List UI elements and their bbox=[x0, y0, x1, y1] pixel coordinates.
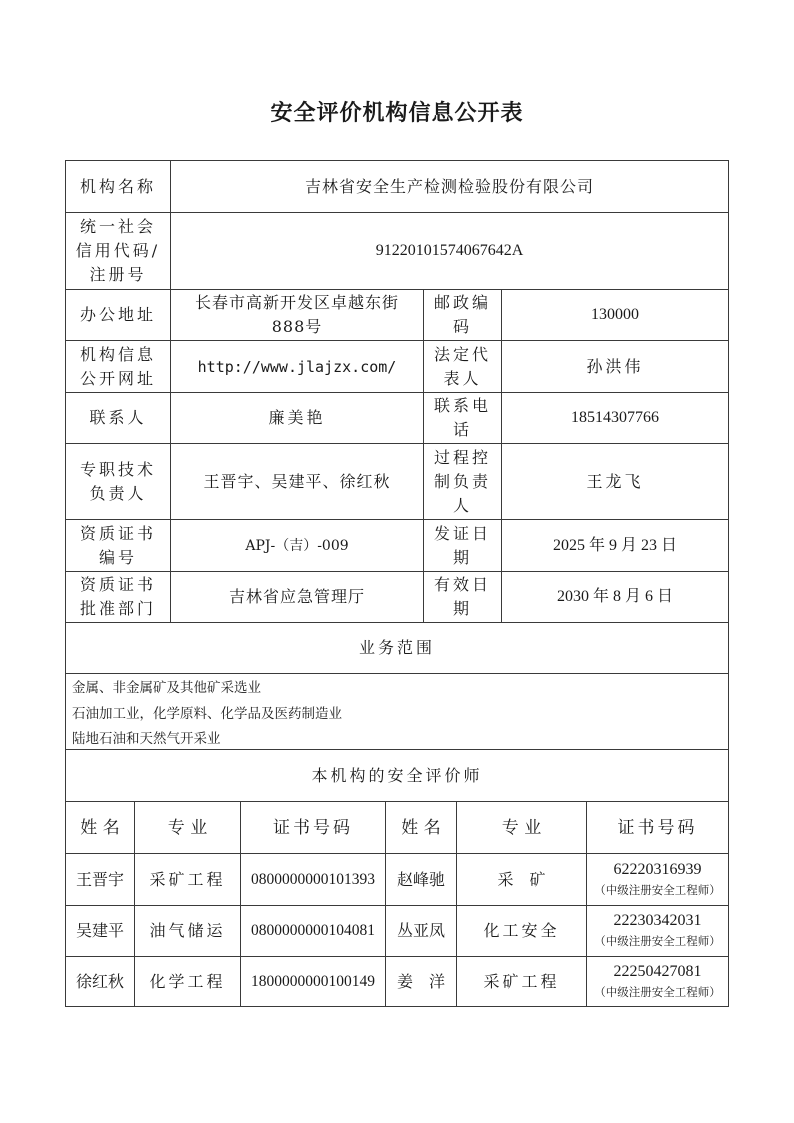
cert-note: （中级注册安全工程师） bbox=[594, 982, 721, 1002]
col-header-cert-2: 证书号码 bbox=[586, 801, 729, 854]
scope-heading: 业务范围 bbox=[65, 622, 729, 674]
assessor-cert: 22230342031 （中级注册安全工程师） bbox=[586, 905, 729, 957]
tech-lead-value: 王晋宇、吴建平、徐红秋 bbox=[170, 443, 424, 520]
assessor-cert: 62220316939 （中级注册安全工程师） bbox=[586, 853, 729, 906]
credit-code-value: 91220101574067642A bbox=[170, 212, 729, 290]
approval-dept-label: 资质证书批准部门 bbox=[65, 571, 171, 623]
tech-lead-label: 专职技术负责人 bbox=[65, 443, 171, 520]
assessor-name: 赵峰驰 bbox=[385, 853, 457, 906]
assessor-name: 姜 洋 bbox=[385, 956, 457, 1007]
address-value: 长春市高新开发区卓越东街888号 bbox=[170, 289, 424, 341]
cert-note: （中级注册安全工程师） bbox=[594, 931, 721, 951]
assessor-major: 采矿工程 bbox=[456, 956, 587, 1007]
assessor-name: 吴建平 bbox=[65, 905, 135, 957]
assessor-major: 油气储运 bbox=[134, 905, 241, 957]
contact-value: 廉美艳 bbox=[170, 392, 424, 444]
assessor-major: 化学工程 bbox=[134, 956, 241, 1007]
cert-note: （中级注册安全工程师） bbox=[594, 880, 721, 900]
assessor-major: 化工安全 bbox=[456, 905, 587, 957]
assessor-cert: 0800000000101393 bbox=[240, 853, 386, 906]
issue-date-label: 发证日期 bbox=[423, 519, 502, 572]
issue-date-value: 2025 年 9 月 23 日 bbox=[501, 519, 729, 572]
valid-date-label: 有效日期 bbox=[423, 571, 502, 623]
cert-number: 62220316939 bbox=[614, 860, 702, 880]
col-header-major-1: 专 业 bbox=[134, 801, 241, 854]
postcode-label: 邮政编码 bbox=[423, 289, 502, 341]
col-header-name-2: 姓 名 bbox=[385, 801, 457, 854]
assessor-name: 王晋宇 bbox=[65, 853, 135, 906]
org-name-value: 吉林省安全生产检测检验股份有限公司 bbox=[170, 160, 729, 213]
scope-list: 金属、非金属矿及其他矿采选业 石油加工业，化学原料、化学品及医药制造业 陆地石油… bbox=[65, 673, 729, 750]
approval-dept-value: 吉林省应急管理厅 bbox=[170, 571, 424, 623]
col-header-cert-1: 证书号码 bbox=[240, 801, 386, 854]
process-lead-label: 过程控制负责人 bbox=[423, 443, 502, 520]
website-label: 机构信息公开网址 bbox=[65, 340, 171, 393]
assessor-name: 徐红秋 bbox=[65, 956, 135, 1007]
page-title: 安全评价机构信息公开表 bbox=[0, 96, 794, 127]
assessor-cert: 22250427081 （中级注册安全工程师） bbox=[586, 956, 729, 1007]
assessor-cert: 0800000000104081 bbox=[240, 905, 386, 957]
process-lead-value: 王龙飞 bbox=[501, 443, 729, 520]
legal-rep-value: 孙洪伟 bbox=[501, 340, 729, 393]
cert-no-value: APJ-（吉）-009 bbox=[170, 519, 424, 572]
cert-number: 22250427081 bbox=[614, 962, 702, 982]
org-name-label: 机构名称 bbox=[65, 160, 171, 213]
address-label: 办公地址 bbox=[65, 289, 171, 341]
scope-item: 金属、非金属矿及其他矿采选业 bbox=[72, 676, 728, 702]
postcode-value: 130000 bbox=[501, 289, 729, 341]
assessor-cert: 1800000000100149 bbox=[240, 956, 386, 1007]
assessors-heading: 本机构的安全评价师 bbox=[65, 749, 729, 802]
credit-code-label: 统一社会信用代码/注册号 bbox=[65, 212, 171, 290]
cert-number: 22230342031 bbox=[614, 911, 702, 931]
phone-label: 联系电话 bbox=[423, 392, 502, 444]
cert-no-label: 资质证书编号 bbox=[65, 519, 171, 572]
valid-date-value: 2030 年 8 月 6 日 bbox=[501, 571, 729, 623]
assessor-major: 采 矿 bbox=[456, 853, 587, 906]
assessor-major: 采矿工程 bbox=[134, 853, 241, 906]
legal-rep-label: 法定代表人 bbox=[423, 340, 502, 393]
col-header-major-2: 专 业 bbox=[456, 801, 587, 854]
contact-label: 联系人 bbox=[65, 392, 171, 444]
assessor-name: 丛亚凤 bbox=[385, 905, 457, 957]
scope-item: 石油加工业，化学原料、化学品及医药制造业 bbox=[72, 702, 728, 728]
website-link[interactable]: http://www.jlajzx.com/ bbox=[170, 340, 424, 393]
col-header-name-1: 姓 名 bbox=[65, 801, 135, 854]
phone-value: 18514307766 bbox=[501, 392, 729, 444]
